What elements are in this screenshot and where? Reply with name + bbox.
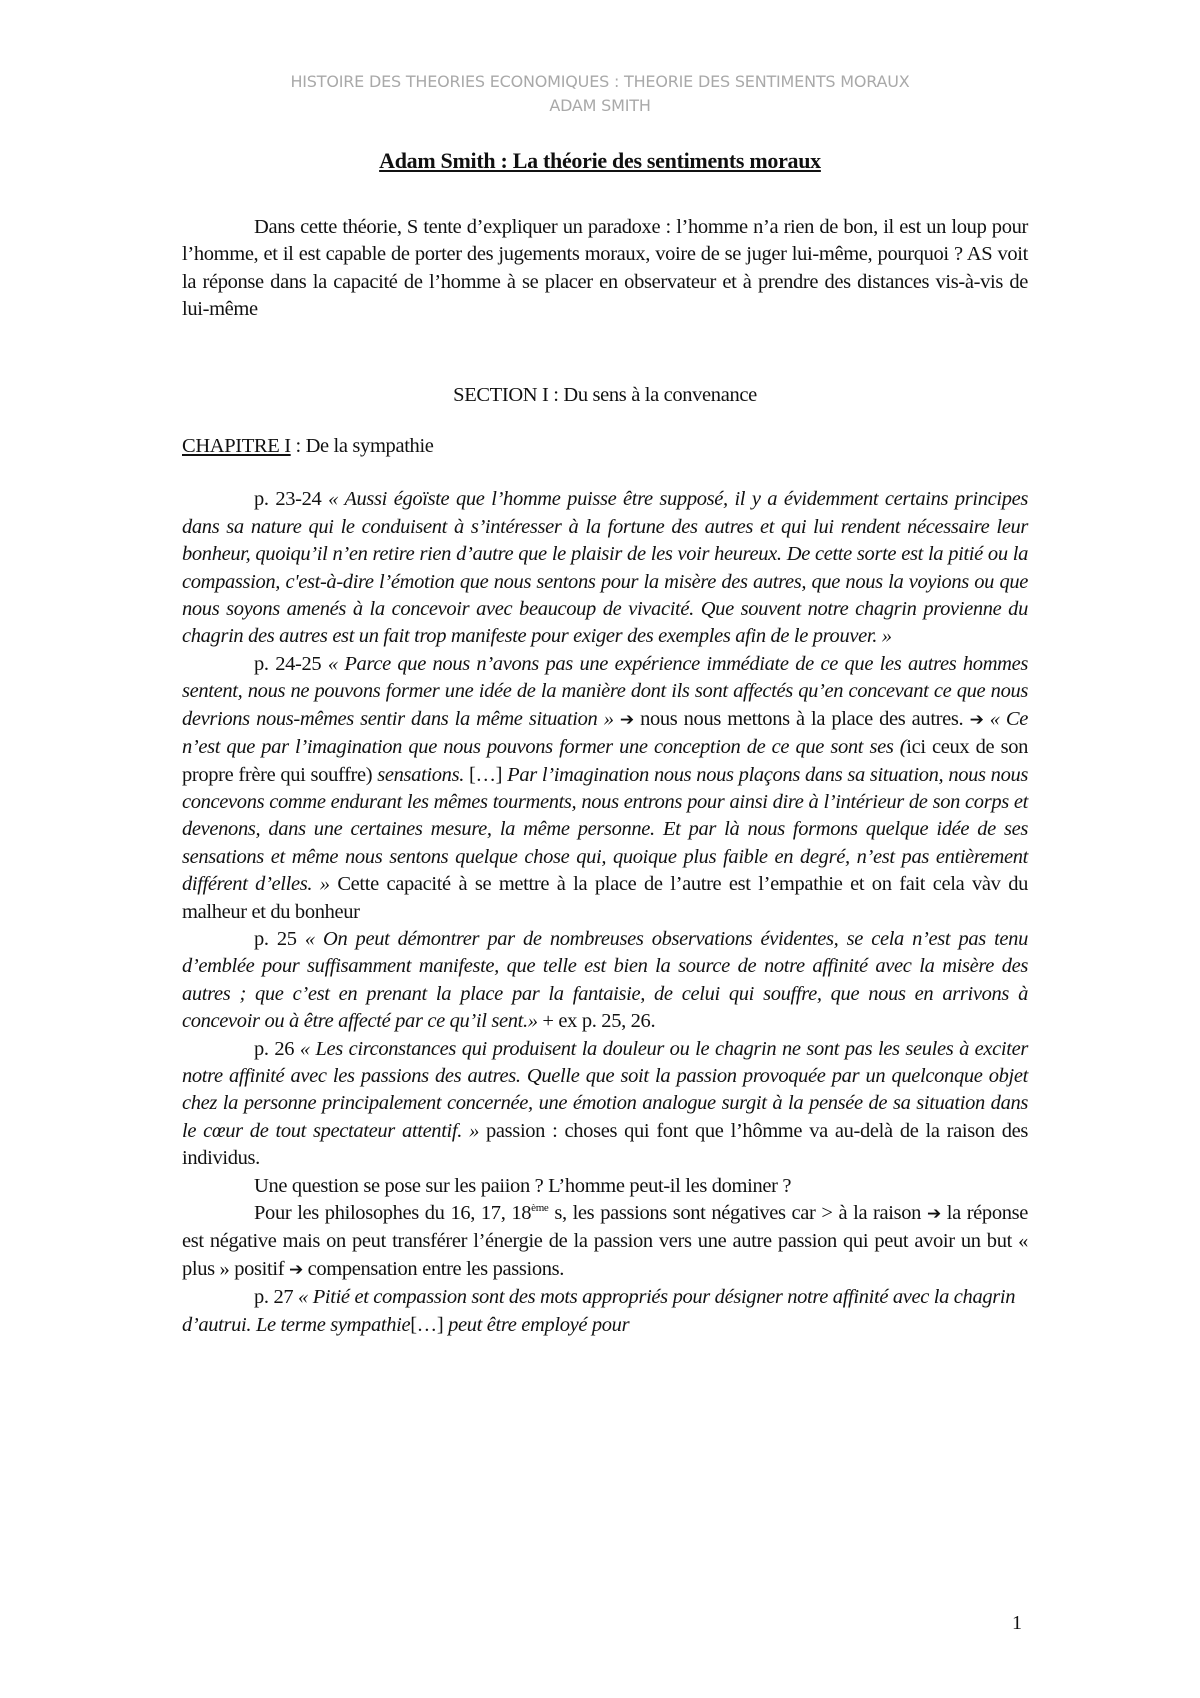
arrow-right-icon: ➔ xyxy=(927,1204,941,1224)
page-ref: p. 25 xyxy=(254,928,305,950)
running-header: HISTOIRE DES THEORIES ECONOMIQUES : THEO… xyxy=(0,70,1200,118)
section-heading: SECTION I : Du sens à la convenance xyxy=(182,382,1028,409)
intro-paragraph: Dans cette théorie, S tente d’expliquer … xyxy=(182,214,1028,324)
note-text: Pour les philosophes du 16, 17, 18 xyxy=(254,1202,531,1224)
quote-paragraph-p24: p. 24-25 « Parce que nous n’avons pas un… xyxy=(182,651,1028,926)
page-ref: p. 27 xyxy=(254,1286,298,1308)
superscript: ème xyxy=(531,1202,548,1214)
quote-text: sensations. xyxy=(377,764,469,786)
quote-paragraph-p25: p. 25 « On peut démontrer par de nombreu… xyxy=(182,926,1028,1036)
quote-paragraph-p27: p. 27 « Pitié et compassion sont des mot… xyxy=(182,1284,1028,1339)
note-text: + ex p. 25, 26. xyxy=(538,1010,656,1032)
chapter-label: CHAPITRE I xyxy=(182,435,291,457)
quote-paragraph-p26: p. 26 « Les circonstances qui produisent… xyxy=(182,1036,1028,1173)
header-line-1: HISTOIRE DES THEORIES ECONOMIQUES : THEO… xyxy=(0,70,1200,94)
page-number: 1 xyxy=(1012,1612,1022,1635)
page-ref: p. 23-24 xyxy=(254,488,328,510)
question-paragraph: Une question se pose sur les paiion ? L’… xyxy=(182,1173,1028,1200)
arrow-right-icon: ➔ xyxy=(620,710,634,730)
ellipsis-text: […] xyxy=(410,1314,443,1336)
arrow-right-icon: ➔ xyxy=(289,1260,303,1280)
ellipsis-text: […] xyxy=(469,764,507,786)
header-line-2: ADAM SMITH xyxy=(0,94,1200,118)
quote-text: « Aussi égoïste que l’homme puisse être … xyxy=(182,488,1028,647)
page-ref: p. 24-25 xyxy=(254,653,328,675)
note-text: compensation entre les passions. xyxy=(303,1258,564,1280)
note-text: s, les passions sont négatives car > à l… xyxy=(548,1202,927,1224)
quote-paragraph-p23: p. 23-24 « Aussi égoïste que l’homme pui… xyxy=(182,486,1028,650)
page-ref: p. 26 xyxy=(254,1038,300,1060)
philosophers-paragraph: Pour les philosophes du 16, 17, 18ème s,… xyxy=(182,1200,1028,1284)
document-body: Dans cette théorie, S tente d’expliquer … xyxy=(182,214,1028,1339)
chapter-title: : De la sympathie xyxy=(291,435,434,457)
chapter-heading: CHAPITRE I : De la sympathie xyxy=(182,433,1028,460)
note-text: nous nous mettons à la place des autres. xyxy=(634,708,970,730)
arrow-right-icon: ➔ xyxy=(970,710,984,730)
document-title: Adam Smith : La théorie des sentiments m… xyxy=(0,148,1200,174)
quote-text: peut être employé pour xyxy=(443,1314,629,1336)
